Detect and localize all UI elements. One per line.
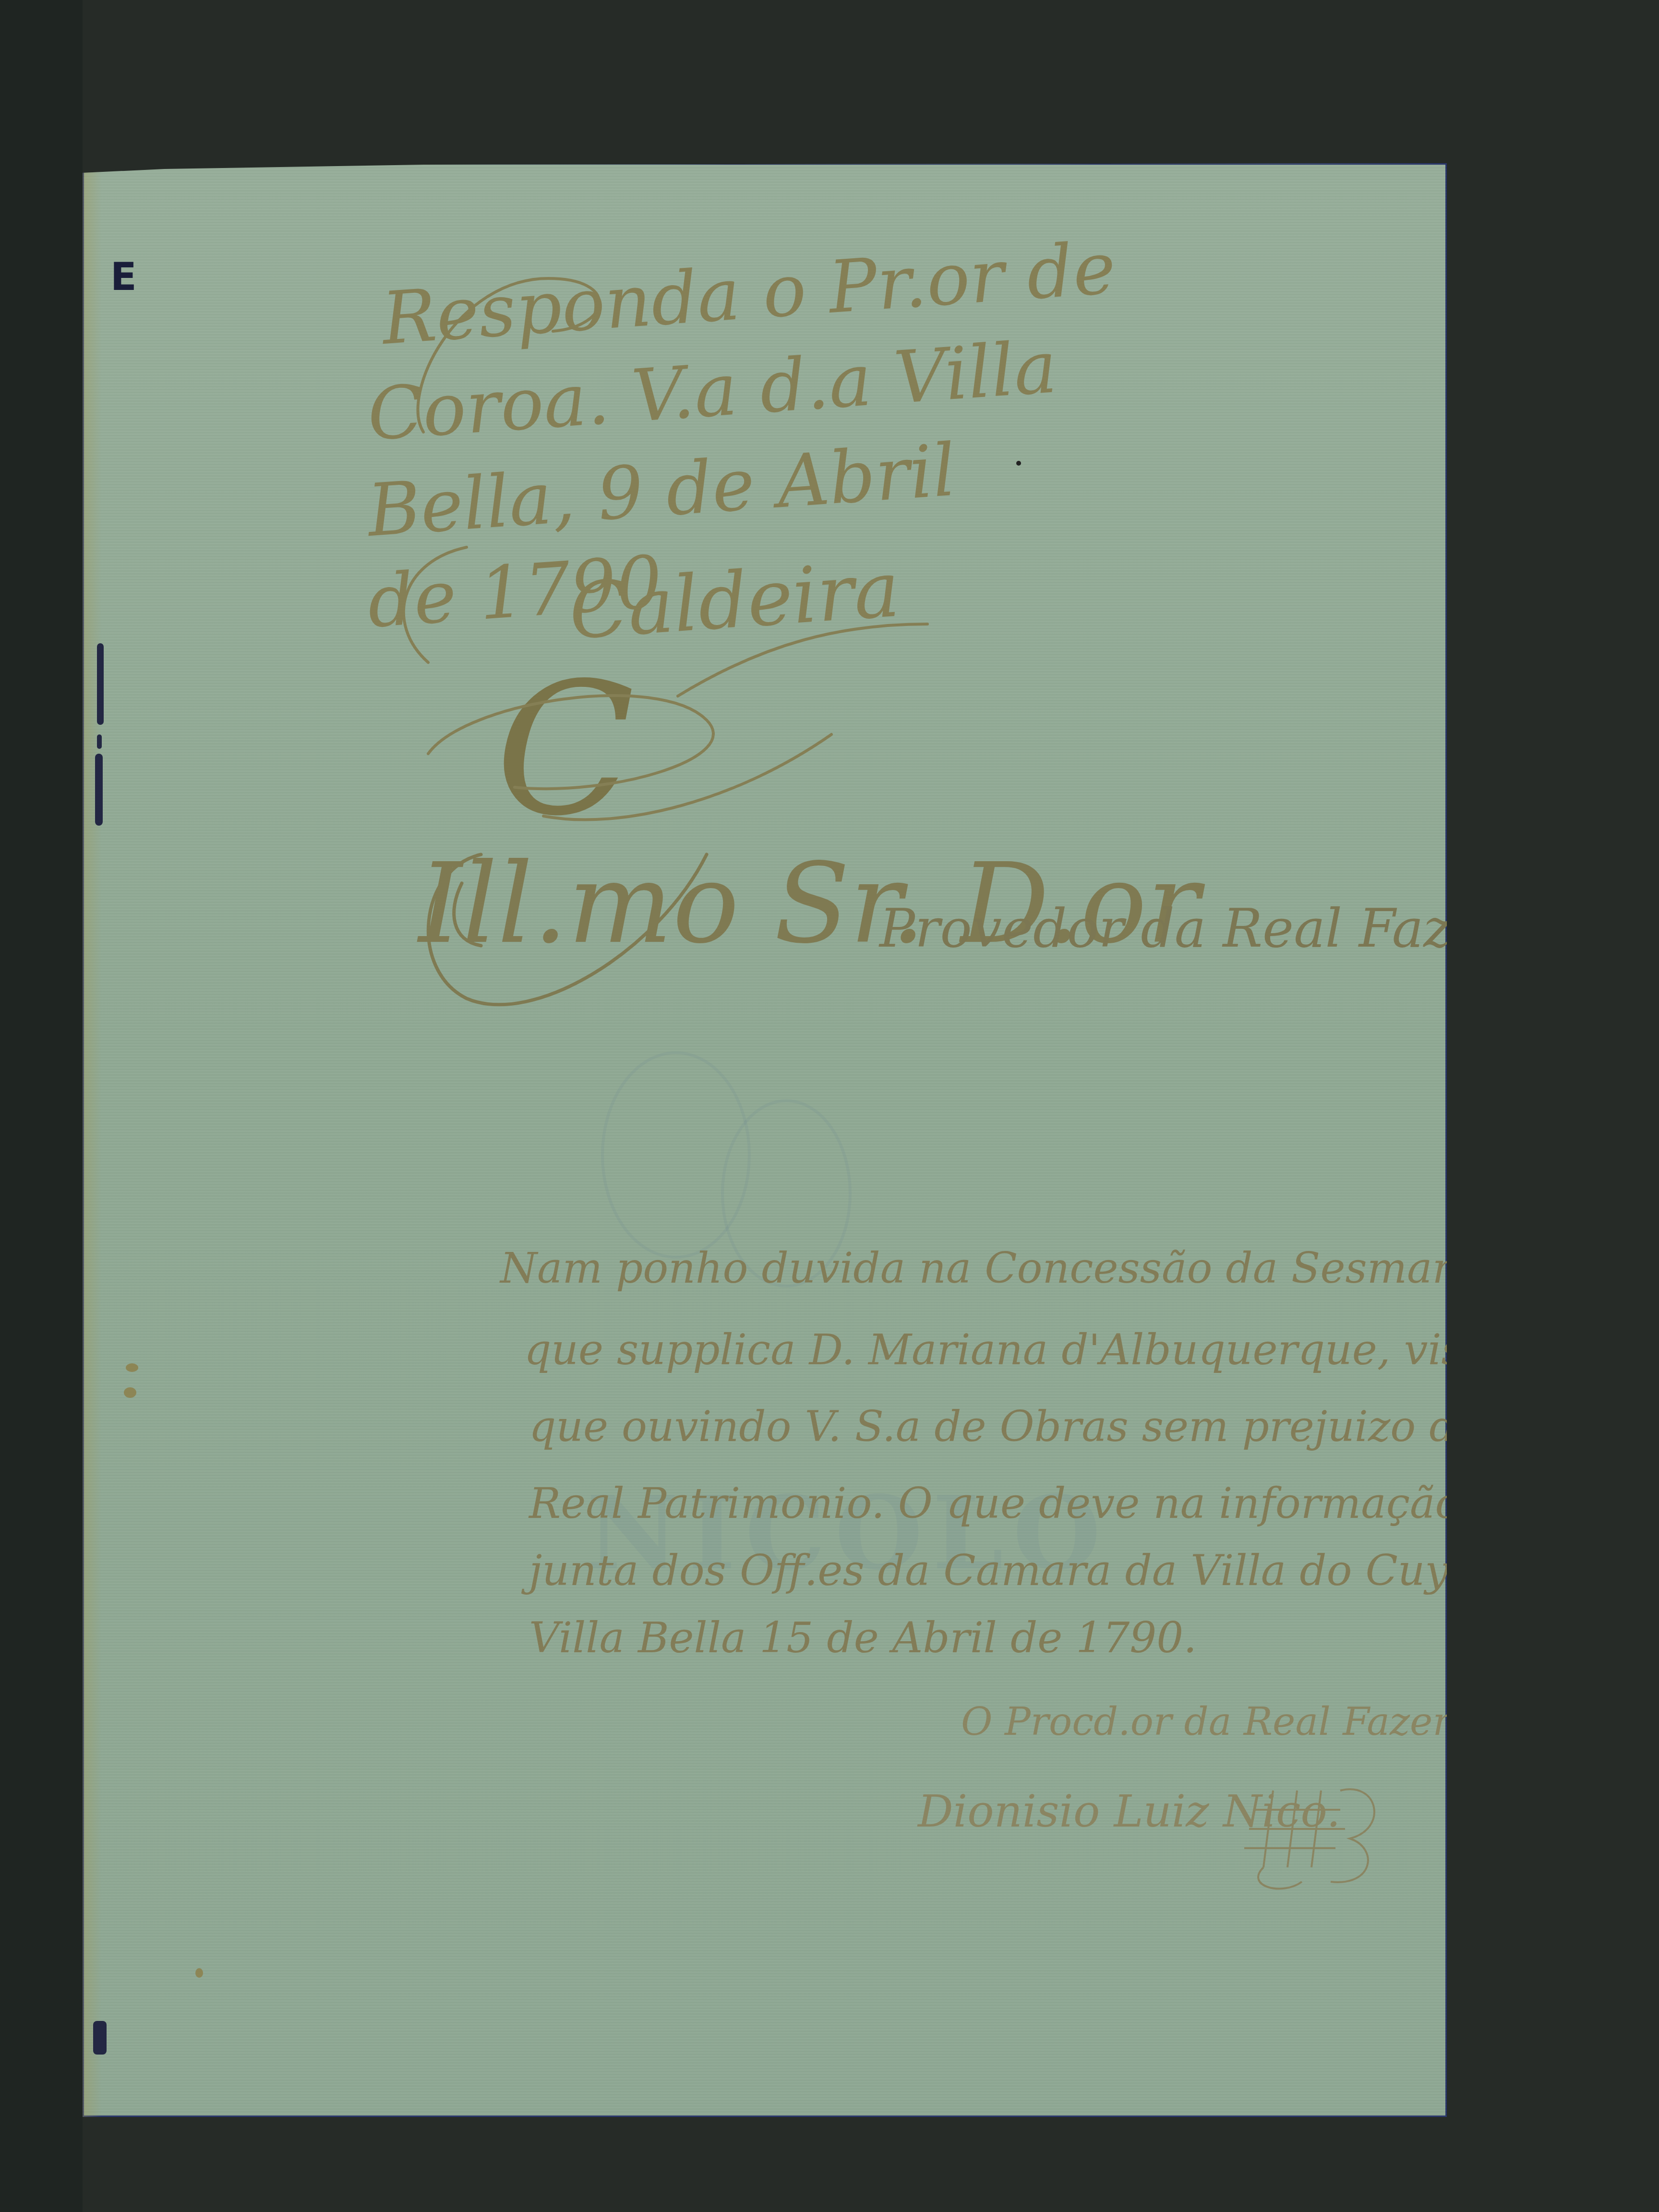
- body-line-1: Nam ponho duvida na Concessão da Sesmari…: [500, 1243, 1491, 1293]
- margin-bar-mark: [95, 754, 103, 826]
- margin-bar-mark: [97, 643, 104, 725]
- salutation-flourish: [409, 826, 841, 1027]
- body-line-3: que ouvindo V. S.a de Obras sem prejuizo…: [529, 1402, 1482, 1451]
- salutation-text: Provedor da Real Fazenda: [879, 898, 1582, 959]
- ink-stain: [124, 1387, 136, 1398]
- body-line-2: que supplica D. Mariana d'Albuquerque, v…: [524, 1325, 1505, 1374]
- ink-stain: [126, 1363, 138, 1372]
- margin-letter-mark: E: [110, 254, 137, 299]
- margin-bar-mark: [97, 734, 102, 749]
- body-line-4: Real Patrimonio. O que deve na informaçã…: [529, 1479, 1460, 1528]
- binding-spine: [0, 0, 83, 2212]
- page-fold-stain: [83, 163, 102, 2117]
- closing-rubric: [1235, 1771, 1398, 1896]
- body-line-6-date: Villa Bella 15 de Abril de 1790.: [529, 1613, 1197, 1662]
- body-line-5: junta dos Off.es da Camara da Villa do C…: [529, 1546, 1539, 1595]
- margin-bottom-mark: [93, 2021, 107, 2055]
- closing-title: O Procd.or da Real Fazenda da Coroa: [961, 1699, 1659, 1744]
- despacho-flourish: [371, 250, 1043, 850]
- manuscript-page: NICOLO E Responda o Pr.or de Coroa. V.a …: [83, 163, 1447, 2117]
- ink-stain: [195, 1968, 203, 1978]
